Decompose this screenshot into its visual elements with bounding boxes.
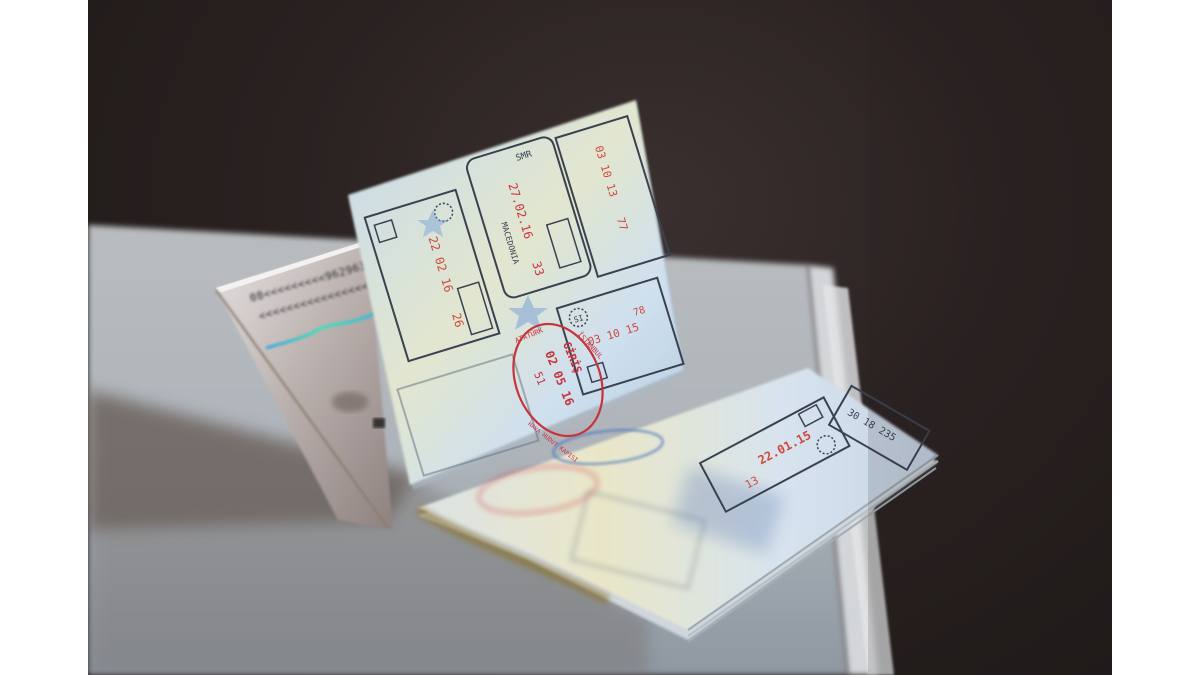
passport-photo: 08<<<<<<<<<962963 <<<<<<<<<<<<<<<<<< (88, 0, 1112, 675)
letterbox-left (0, 0, 88, 675)
letterbox-right (1112, 0, 1200, 675)
